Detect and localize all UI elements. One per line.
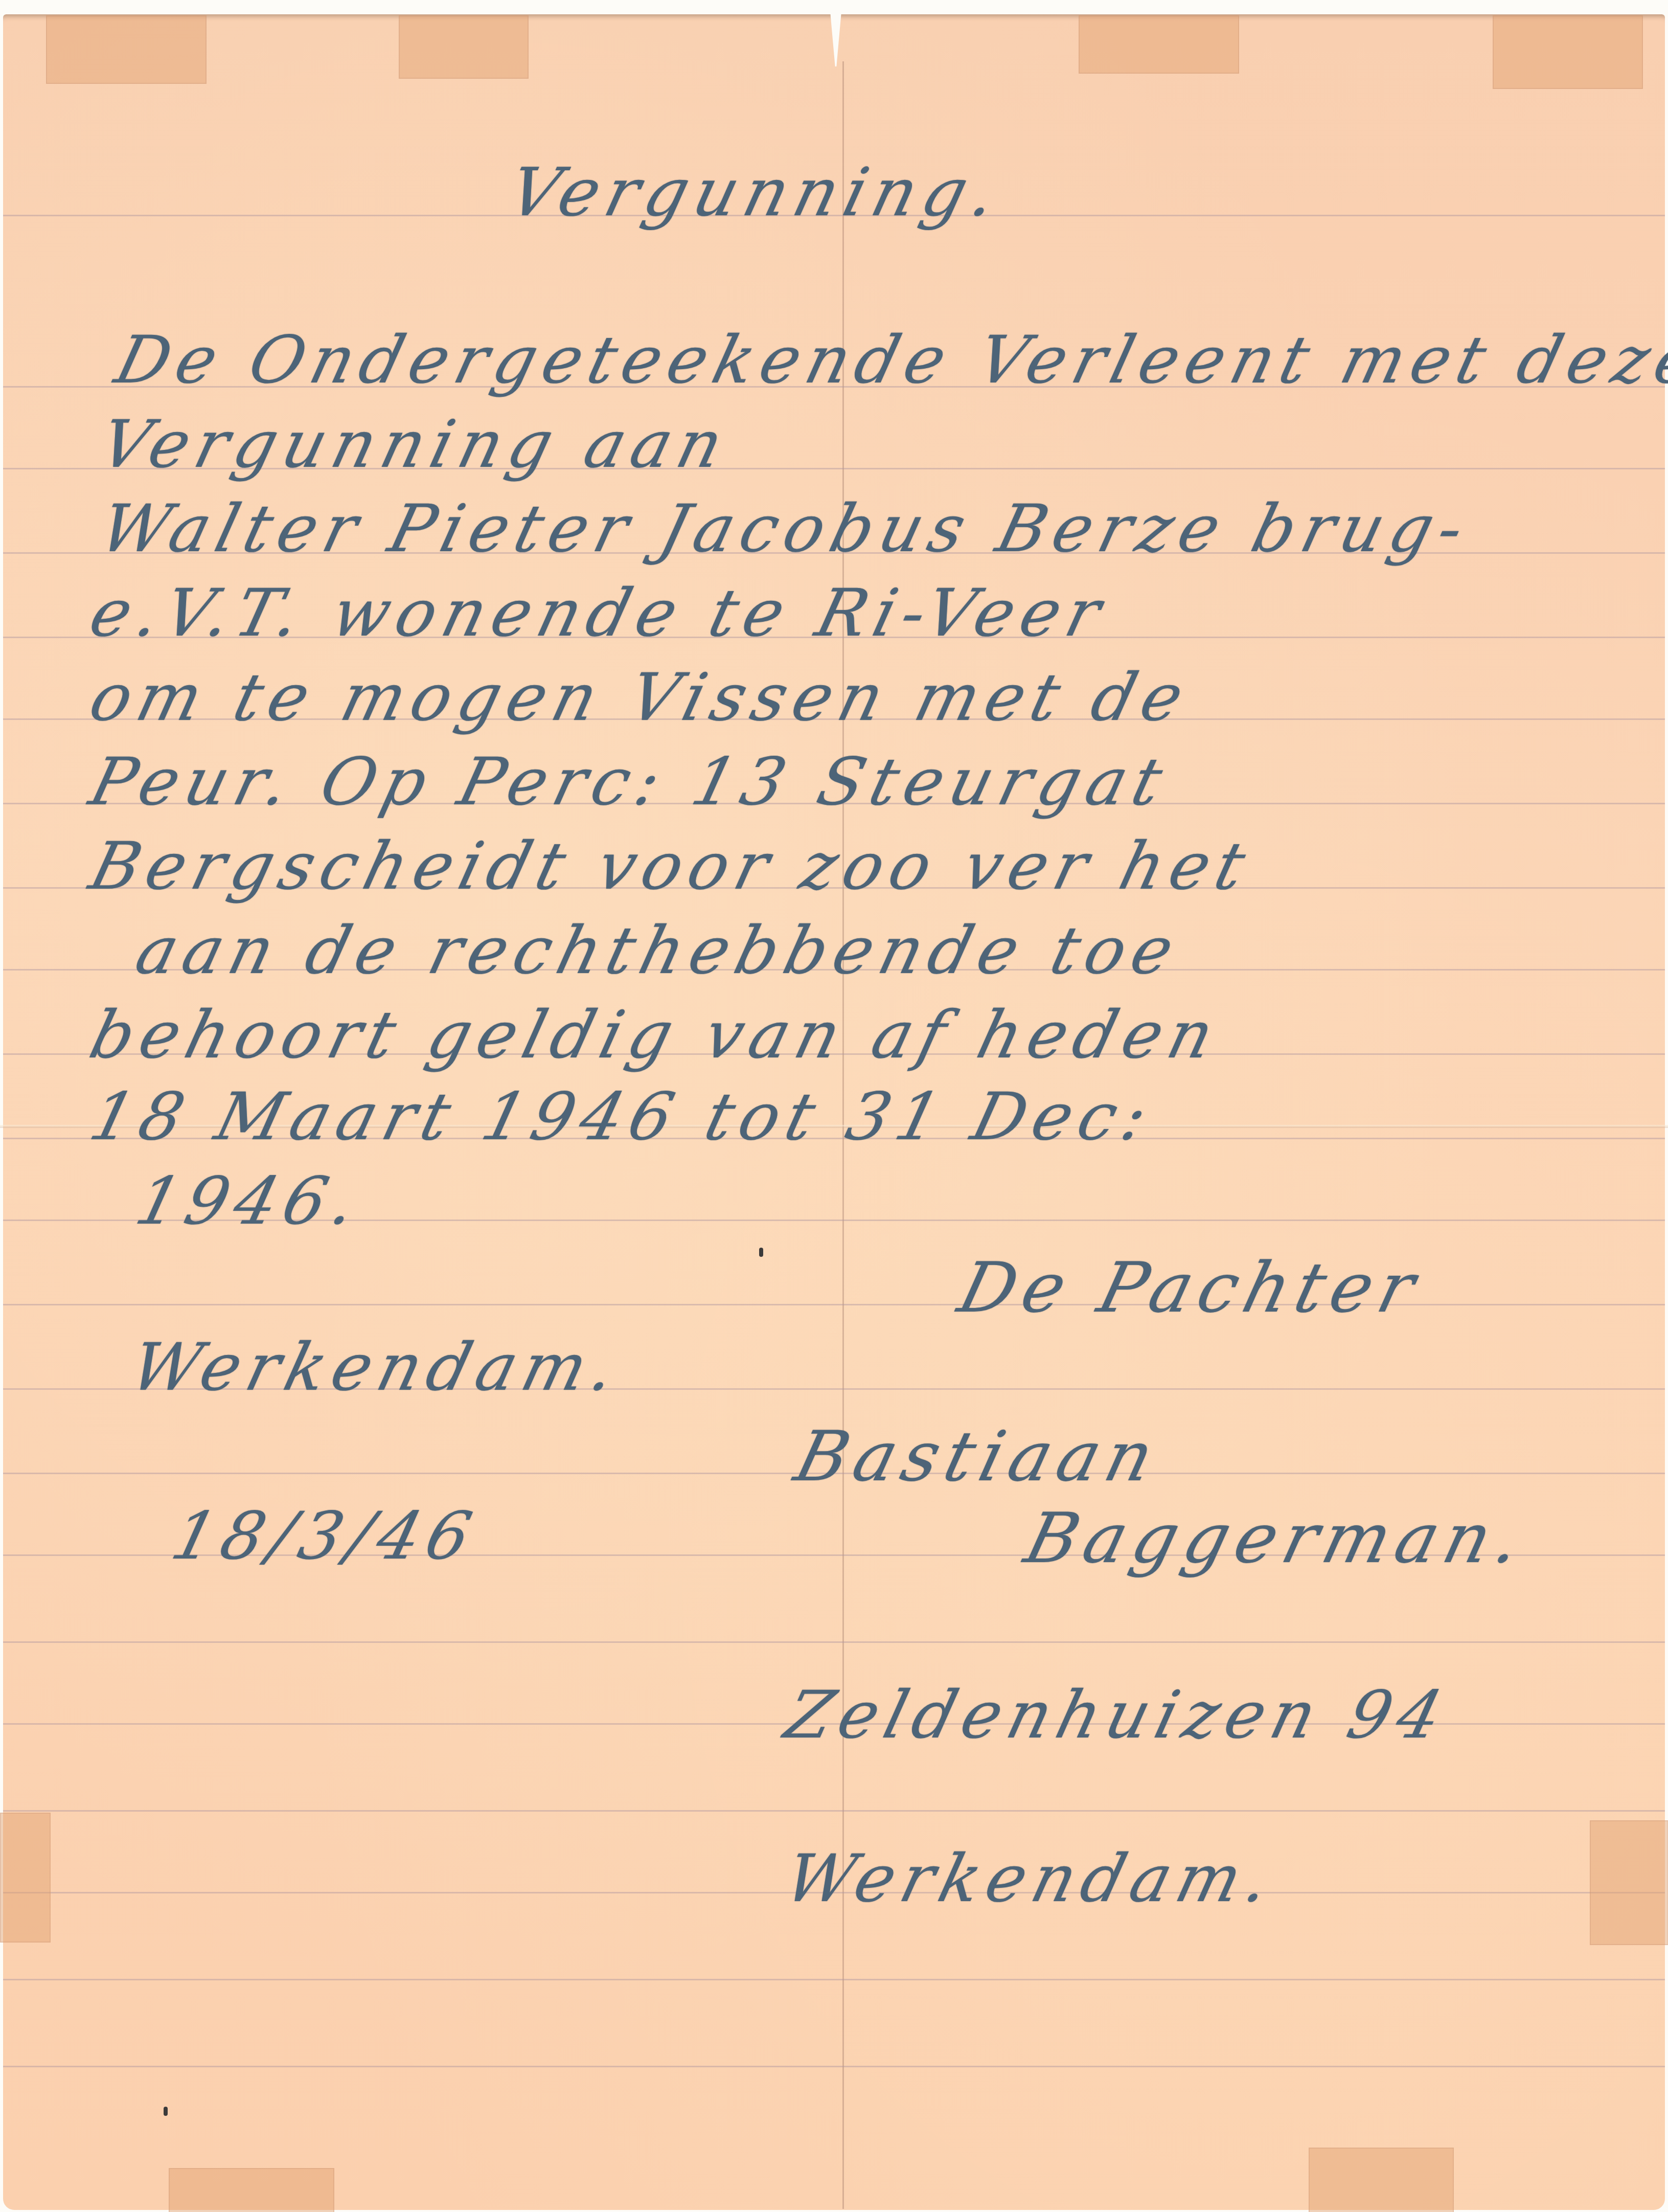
body-line-10: 18 Maart 1946 tot 31 Dec: — [82, 1079, 1162, 1155]
body-line-8: aan de rechthebbende toe — [128, 913, 1188, 989]
document-date: 18/3/46 — [164, 1498, 486, 1574]
ruled-line — [3, 1641, 1665, 1643]
signature-address: Zeldenhuizen 94 — [778, 1677, 1456, 1753]
ruled-line — [3, 1810, 1665, 1812]
signature-role: De Pachter — [951, 1248, 1430, 1328]
body-line-5: om te mogen Vissen met de — [82, 660, 1198, 736]
body-line-7: Bergscheidt voor zoo ver het — [82, 828, 1260, 905]
place-name: Werkendam. — [123, 1329, 630, 1406]
body-line-4: e.V.T. wonende te Ri-Veer — [82, 575, 1115, 651]
body-line-11: 1946. — [128, 1163, 371, 1239]
tape-mark — [1493, 15, 1643, 89]
tape-mark — [0, 1813, 51, 1943]
body-line-3: Walter Pieter Jacobus Berze brug- — [93, 491, 1478, 567]
tape-mark — [1590, 1820, 1668, 1945]
tape-mark — [46, 15, 207, 84]
tape-mark — [1079, 15, 1239, 74]
tape-mark — [399, 15, 529, 79]
body-line-6: Peur. Op Perc: 13 Steurgat — [82, 744, 1176, 820]
body-line-9: behoort geldig van af heden — [82, 997, 1228, 1073]
signature-last-name: Baggerman. — [1017, 1498, 1536, 1578]
document-title: Vergunning. — [501, 153, 1011, 231]
signature-first-name: Bastiaan — [787, 1416, 1168, 1497]
tape-mark — [1309, 2148, 1454, 2212]
body-line-2: Vergunning aan — [93, 407, 737, 483]
ruled-line — [3, 1979, 1665, 1980]
signature-city: Werkendam. — [778, 1841, 1284, 1917]
body-line-1: De Ondergeteekende Verleent met deze — [108, 322, 1668, 398]
ruled-line — [3, 2066, 1665, 2067]
ink-fleck — [759, 1248, 763, 1257]
tape-mark — [169, 2168, 334, 2212]
ink-fleck — [164, 2107, 168, 2116]
